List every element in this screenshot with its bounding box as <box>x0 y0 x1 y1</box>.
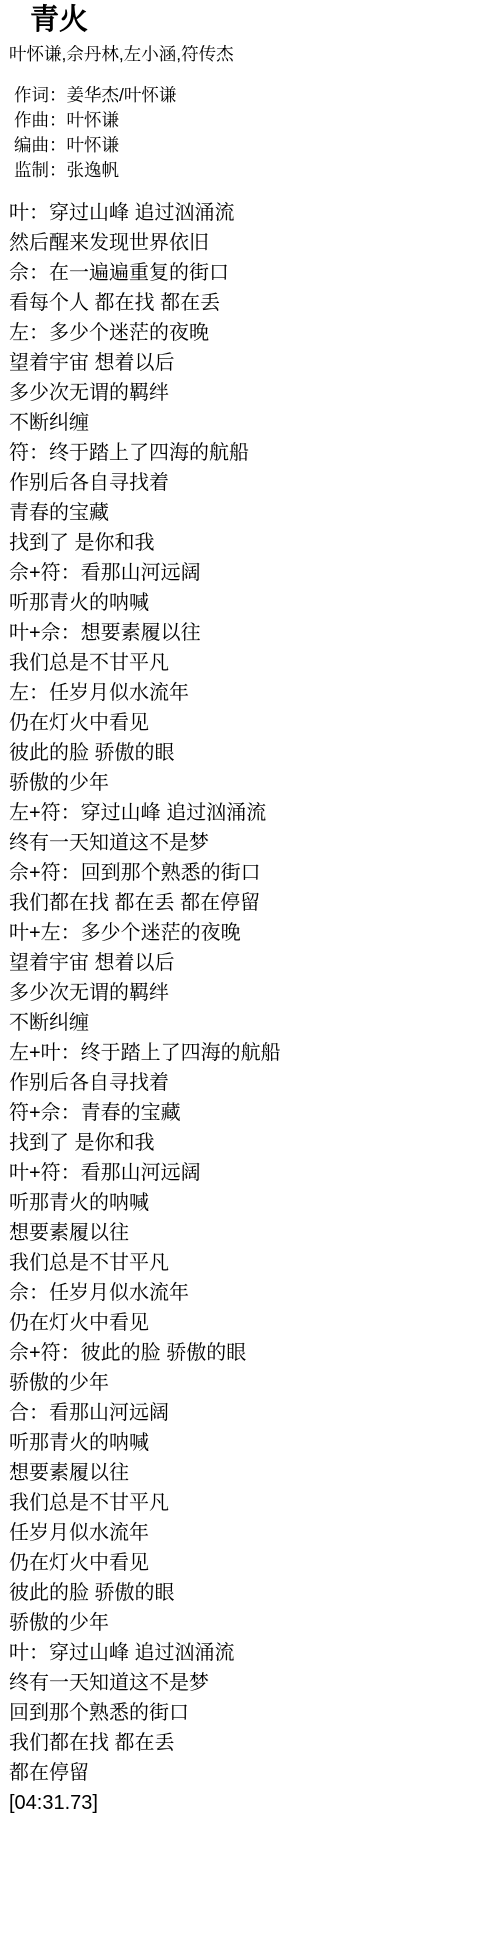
lyric-line: 骄傲的少年 <box>9 1608 490 1638</box>
lyric-line: 叶：穿过山峰 追过汹涌流 <box>9 1638 490 1668</box>
credit-line: 作曲：叶怀谦 <box>14 108 490 133</box>
lyric-line: 不断纠缠 <box>9 408 490 438</box>
credit-line: 作词：姜华杰/叶怀谦 <box>14 83 490 108</box>
lyric-line: 听那青火的呐喊 <box>9 1428 490 1458</box>
lyric-line: 我们都在找 都在丢 <box>9 1728 490 1758</box>
lyric-line: 望着宇宙 想着以后 <box>9 348 490 378</box>
lyric-line: 左+叶：终于踏上了四海的航船 <box>9 1038 490 1068</box>
lyric-line: 佘+符：彼此的脸 骄傲的眼 <box>9 1338 490 1368</box>
lyric-line: 作别后各自寻找着 <box>9 468 490 498</box>
lyrics-block: 叶：穿过山峰 追过汹涌流然后醒来发现世界依旧佘：在一遍遍重复的街口看每个人 都在… <box>9 198 490 1818</box>
lyric-line: 终有一天知道这不是梦 <box>9 828 490 858</box>
lyric-line: 想要素履以往 <box>9 1218 490 1248</box>
lyric-line: 骄傲的少年 <box>9 1368 490 1398</box>
lyric-line: 佘：任岁月似水流年 <box>9 1278 490 1308</box>
lyric-line: 我们总是不甘平凡 <box>9 1488 490 1518</box>
lyric-line: 找到了 是你和我 <box>9 528 490 558</box>
lyric-line: 我们总是不甘平凡 <box>9 1248 490 1278</box>
lyric-line: 彼此的脸 骄傲的眼 <box>9 738 490 768</box>
lyric-line: 看每个人 都在找 都在丢 <box>9 288 490 318</box>
lyric-line: 作别后各自寻找着 <box>9 1068 490 1098</box>
lyric-line: 左：多少个迷茫的夜晚 <box>9 318 490 348</box>
lyric-line: 望着宇宙 想着以后 <box>9 948 490 978</box>
lyric-line: 不断纠缠 <box>9 1008 490 1038</box>
lyric-line: 佘+符：看那山河远阔 <box>9 558 490 588</box>
song-title: 青火 <box>30 4 490 37</box>
lyric-line: 听那青火的呐喊 <box>9 1188 490 1218</box>
lyric-line: 然后醒来发现世界依旧 <box>9 228 490 258</box>
lyric-line: 我们都在找 都在丢 都在停留 <box>9 888 490 918</box>
lyric-line: 仍在灯火中看见 <box>9 1308 490 1338</box>
lyric-line: 左+符：穿过山峰 追过汹涌流 <box>9 798 490 828</box>
credits-block: 作词：姜华杰/叶怀谦作曲：叶怀谦编曲：叶怀谦监制：张逸帆 <box>9 83 490 183</box>
lyric-line: 都在停留 <box>9 1758 490 1788</box>
lyric-line: 终有一天知道这不是梦 <box>9 1668 490 1698</box>
lyric-line: 多少次无谓的羁绊 <box>9 978 490 1008</box>
lyric-line: 多少次无谓的羁绊 <box>9 378 490 408</box>
lyric-line: 任岁月似水流年 <box>9 1518 490 1548</box>
lyric-line: 听那青火的呐喊 <box>9 588 490 618</box>
lyric-line: 想要素履以往 <box>9 1458 490 1488</box>
lyric-line: 我们总是不甘平凡 <box>9 648 490 678</box>
timestamp-line: [04:31.73] <box>9 1788 490 1818</box>
lyric-line: 回到那个熟悉的街口 <box>9 1698 490 1728</box>
lyric-line: 骄傲的少年 <box>9 768 490 798</box>
lyric-line: 符+佘：青春的宝藏 <box>9 1098 490 1128</box>
lyric-line: 佘+符：回到那个熟悉的街口 <box>9 858 490 888</box>
lyric-line: 彼此的脸 骄傲的眼 <box>9 1578 490 1608</box>
artists-line: 叶怀谦,佘丹林,左小涵,符传杰 <box>9 44 490 65</box>
lyric-line: 仍在灯火中看见 <box>9 708 490 738</box>
credit-line: 监制：张逸帆 <box>14 158 490 183</box>
lyric-line: 叶+佘：想要素履以往 <box>9 618 490 648</box>
lyric-line: 叶+左：多少个迷茫的夜晚 <box>9 918 490 948</box>
lyric-line: 找到了 是你和我 <box>9 1128 490 1158</box>
lyrics-page: 青火 叶怀谦,佘丹林,左小涵,符传杰 作词：姜华杰/叶怀谦作曲：叶怀谦编曲：叶怀… <box>0 0 500 1960</box>
lyric-line: 叶+符：看那山河远阔 <box>9 1158 490 1188</box>
credit-line: 编曲：叶怀谦 <box>14 133 490 158</box>
lyric-line: 仍在灯火中看见 <box>9 1548 490 1578</box>
lyric-line: 青春的宝藏 <box>9 498 490 528</box>
lyric-line: 叶：穿过山峰 追过汹涌流 <box>9 198 490 228</box>
lyric-line: 符：终于踏上了四海的航船 <box>9 438 490 468</box>
lyric-line: 左：任岁月似水流年 <box>9 678 490 708</box>
lyric-line: 合：看那山河远阔 <box>9 1398 490 1428</box>
lyric-line: 佘：在一遍遍重复的街口 <box>9 258 490 288</box>
